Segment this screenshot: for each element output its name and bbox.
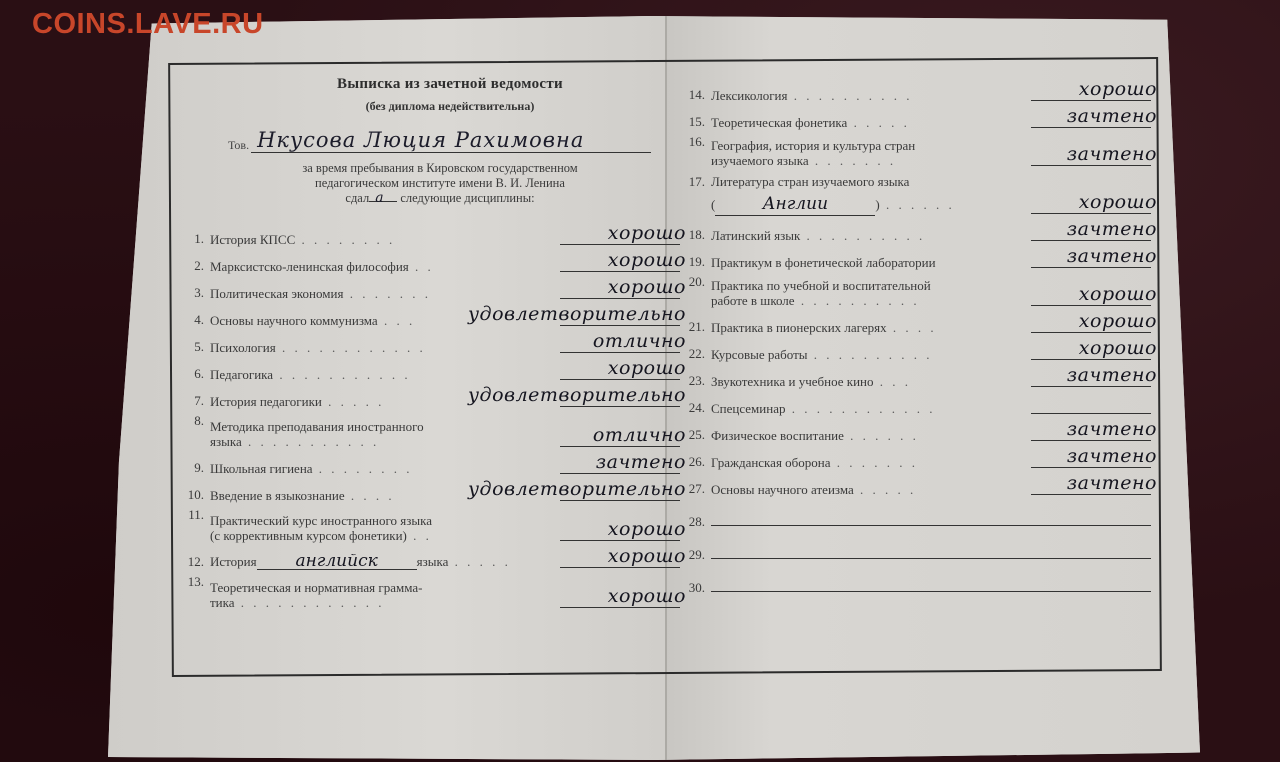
discipline-name: Теоретическая и нормативная грамма- [210, 580, 422, 595]
discipline-row: 7. История педагогики . . . . . удовлетв… [180, 382, 680, 409]
discipline-label: Курсовые работы . . . . . . . . . . [711, 347, 1031, 362]
discipline-number: 4. [180, 312, 210, 328]
leader-dots: . . . . . . . [831, 455, 919, 470]
discipline-number: 1. [180, 231, 210, 247]
grade-handwritten: зачтено [1067, 245, 1157, 267]
discipline-row: 8. Методика преподавания иностранногоязы… [180, 409, 680, 449]
student-name-handwritten: Нкусова Люция Рахимовна [251, 128, 651, 153]
discipline-name: История КПСС [210, 232, 295, 247]
grade-handwritten: зачтено [1067, 105, 1157, 127]
discipline-name: Лексикология [711, 88, 787, 103]
grade-line: зачтено [1031, 466, 1151, 468]
grade-handwritten: зачтено [1067, 364, 1157, 386]
grade-handwritten: хорошо [608, 276, 686, 298]
discipline-label: Историяанглийскязыка . . . . . [210, 554, 560, 570]
discipline-name: Школьная гигиена [210, 461, 313, 476]
grade-line: хорошо [560, 378, 680, 380]
leader-dots: . . [407, 528, 432, 543]
discipline-number: 5. [180, 339, 210, 355]
discipline-row: 6. Педагогика . . . . . . . . . . . хоро… [180, 355, 680, 382]
grade-handwritten: удовлетворительно [468, 303, 686, 325]
discipline-row: 14. Лексикология . . . . . . . . . . хор… [681, 76, 1151, 103]
discipline-label: История КПСС . . . . . . . . [210, 232, 560, 247]
discipline-name: Спецсеминар [711, 401, 785, 416]
language-handwritten: английск [257, 554, 417, 570]
grade-line: отлично [560, 445, 680, 447]
discipline-number: 29. [681, 547, 711, 563]
discipline-name-line2: работе в школе [711, 293, 795, 308]
discipline-label: Марксистско-ленинская философия . . [210, 259, 560, 274]
leader-dots: . . [409, 259, 434, 274]
discipline-label: Теоретическая фонетика . . . . . [711, 115, 1031, 130]
intro-line-1: за время пребывания в Кировском государс… [220, 161, 660, 176]
discipline-row: 12. Историяанглийскязыка . . . . . хорош… [180, 543, 680, 570]
left-column: Выписка из зачетной ведомости (без дипло… [180, 76, 680, 610]
grade-handwritten: зачтено [1067, 218, 1157, 240]
grade-line: зачтено [1031, 126, 1151, 128]
discipline-name: Психология [210, 340, 276, 355]
discipline-name: Практический курс иностранного языка [210, 513, 432, 528]
leader-dots: . . . . . . . . . . . [273, 367, 411, 382]
grade-line: хорошо [560, 566, 680, 568]
intro-line-2: педагогическом институте имени В. И. Лен… [220, 176, 660, 191]
grade-line: хорошо [1031, 304, 1151, 306]
discipline-number: 15. [681, 114, 711, 130]
grade-handwritten: отлично [593, 424, 686, 446]
discipline-name-line2: тика [210, 595, 235, 610]
discipline-number: 25. [681, 427, 711, 443]
grade-line: хорошо [1031, 331, 1151, 333]
document-subtitle: (без диплома недействительна) [220, 99, 680, 114]
blank-row: 28. [681, 497, 1151, 530]
leader-dots: . . . . . . . . . . . [242, 434, 380, 449]
leader-dots: . . . . . . . . . . . . [235, 595, 385, 610]
discipline-number: 26. [681, 454, 711, 470]
discipline-number: 30. [681, 580, 711, 596]
discipline-name: Практика в пионерских лагерях [711, 320, 887, 335]
discipline-number: 16. [681, 130, 711, 150]
discipline-name: Теоретическая фонетика [711, 115, 847, 130]
discipline-label: Практикум в фонетической лаборатории [711, 255, 1031, 270]
grade-line: зачтено [1031, 239, 1151, 241]
discipline-row: 10. Введение в языкознание . . . . удовл… [180, 476, 680, 503]
grade-line: хорошо [560, 539, 680, 541]
discipline-number: 20. [681, 270, 711, 290]
discipline-row: 5. Психология . . . . . . . . . . . . от… [180, 328, 680, 355]
grade-handwritten: хорошо [608, 518, 686, 540]
discipline-name: Основы научного атеизма [711, 482, 854, 497]
name-prefix: Тов. [228, 138, 249, 153]
discipline-number: 8. [180, 409, 210, 429]
leader-dots: . . . . . [448, 554, 511, 569]
discipline-number: 21. [681, 319, 711, 335]
grade-line: зачтено [1031, 164, 1151, 166]
grade-line: хорошо [560, 243, 680, 245]
intro-tail: следующие дисциплины: [400, 191, 534, 205]
grade-line: хорошо [560, 297, 680, 299]
discipline-label: Практика по учебной и воспитательнойрабо… [711, 278, 1031, 308]
leader-dots: . . . . . [322, 394, 385, 409]
discipline-row: 2. Марксистско-ленинская философия . . х… [180, 247, 680, 274]
discipline-label: Физическое воспитание . . . . . . [711, 428, 1031, 443]
leader-dots: . . . . . . . [809, 153, 897, 168]
discipline-row: 3. Политическая экономия . . . . . . . х… [180, 274, 680, 301]
leader-dots: . . . . [345, 488, 395, 503]
discipline-label: Литература стран изучаемого языка(Англии… [711, 171, 1031, 216]
leader-dots: . . . . . . . . . . [787, 88, 912, 103]
grade-line: хорошо [1031, 358, 1151, 360]
discipline-number: 24. [681, 400, 711, 416]
discipline-row: 18. Латинский язык . . . . . . . . . . з… [681, 216, 1151, 243]
leader-dots: . . . [378, 313, 416, 328]
grade-line [1031, 412, 1151, 414]
grade-line: зачтено [1031, 439, 1151, 441]
grade-handwritten: зачтено [596, 451, 686, 473]
disciplines-left-list: 1. История КПСС . . . . . . . . хорошо 2… [180, 220, 680, 610]
discipline-name: Практикум в фонетической лаборатории [711, 255, 936, 270]
watermark: COINS.LAVE.RU [32, 8, 264, 41]
discipline-number: 3. [180, 285, 210, 301]
discipline-label: Практика в пионерских лагерях . . . . [711, 320, 1031, 335]
leader-dots: . . . . . . . [343, 286, 431, 301]
discipline-name: Основы научного коммунизма [210, 313, 378, 328]
discipline-number: 28. [681, 514, 711, 530]
discipline-row: 16. География, история и культура страни… [681, 130, 1151, 168]
discipline-label: Звукотехника и учебное кино . . . [711, 374, 1031, 389]
leader-dots: . . . . . . . . . . [800, 228, 925, 243]
document-title: Выписка из зачетной ведомости [220, 76, 680, 93]
discipline-number: 17. [681, 168, 711, 190]
grade-handwritten: отлично [593, 330, 686, 352]
grade-handwritten: хорошо [1079, 78, 1157, 100]
discipline-row: 21. Практика в пионерских лагерях . . . … [681, 308, 1151, 335]
discipline-name: Латинский язык [711, 228, 800, 243]
discipline-row: 15. Теоретическая фонетика . . . . . зач… [681, 103, 1151, 130]
intro-sdal: сдал [345, 191, 369, 205]
grade-line: удовлетворительно [560, 324, 680, 326]
grade-line: зачтено [1031, 266, 1151, 268]
grade-line: удовлетворительно [560, 499, 680, 501]
grade-handwritten: хорошо [1079, 283, 1157, 305]
intro-line-3: сдала следующие дисциплины: [220, 191, 660, 206]
discipline-name: Методика преподавания иностранного [210, 419, 424, 434]
grade-line: хорошо [560, 270, 680, 272]
grade-handwritten: хорошо [608, 357, 686, 379]
discipline-row: 22. Курсовые работы . . . . . . . . . . … [681, 335, 1151, 362]
discipline-number: 13. [180, 570, 210, 590]
leader-dots: . . . . . . . . . . [795, 293, 920, 308]
grade-handwritten: хорошо [608, 545, 686, 567]
discipline-label: Лексикология . . . . . . . . . . [711, 88, 1031, 103]
leader-dots: . . . . . . . . . . . . [276, 340, 426, 355]
discipline-number: 11. [180, 503, 210, 523]
discipline-row: 24. Спецсеминар . . . . . . . . . . . . [681, 389, 1151, 416]
leader-dots: . . . . . . . . [295, 232, 395, 247]
grade-handwritten: зачтено [1067, 143, 1157, 165]
leader-dots: . . . . . . . . . . [807, 347, 932, 362]
discipline-number: 6. [180, 366, 210, 382]
grade-handwritten: удовлетворительно [468, 384, 686, 406]
grade-handwritten: зачтено [1067, 472, 1157, 494]
grade-handwritten: хорошо [608, 222, 686, 244]
discipline-number: 22. [681, 346, 711, 362]
discipline-name: Введение в языкознание [210, 488, 345, 503]
discipline-number: 27. [681, 481, 711, 497]
discipline-number: 2. [180, 258, 210, 274]
right-column: 14. Лексикология . . . . . . . . . . хор… [681, 76, 1151, 596]
discipline-name: География, история и культура стран [711, 138, 915, 153]
discipline-name: Курсовые работы [711, 347, 807, 362]
grade-handwritten: хорошо [1079, 310, 1157, 332]
grade-line: хорошо [1031, 99, 1151, 101]
sdal-blank: а [369, 201, 397, 202]
discipline-label: Основы научного атеизма . . . . . [711, 482, 1031, 497]
discipline-label: Гражданская оборона . . . . . . . [711, 455, 1031, 470]
grade-line: хорошо [1031, 212, 1151, 214]
blank-line [711, 590, 1151, 592]
discipline-row: 11. Практический курс иностранного языка… [180, 503, 680, 543]
discipline-number: 7. [180, 393, 210, 409]
discipline-label: Политическая экономия . . . . . . . [210, 286, 560, 301]
discipline-label: Спецсеминар . . . . . . . . . . . . [711, 401, 1031, 416]
grade-line: хорошо [560, 606, 680, 608]
discipline-label: География, история и культура странизуча… [711, 138, 1031, 168]
discipline-name: Политическая экономия [210, 286, 343, 301]
blank-line [711, 524, 1151, 526]
discipline-number: 23. [681, 373, 711, 389]
discipline-number: 19. [681, 254, 711, 270]
leader-dots: . . . [874, 374, 912, 389]
discipline-label: Теоретическая и нормативная грамма-тика … [210, 580, 560, 610]
leader-dots: . . . . . . . . . . . . [785, 401, 935, 416]
leader-dots: . . . . . [847, 115, 910, 130]
discipline-name: Марксистско-ленинская философия [210, 259, 409, 274]
discipline-name-prefix: История [210, 554, 257, 569]
discipline-row: 9. Школьная гигиена . . . . . . . . зачт… [180, 449, 680, 476]
discipline-row: 4. Основы научного коммунизма . . . удов… [180, 301, 680, 328]
leader-dots: . . . . . . . . [313, 461, 413, 476]
discipline-name: Литература стран изучаемого языка [711, 174, 909, 189]
grade-line: зачтено [1031, 385, 1151, 387]
discipline-row: 20. Практика по учебной и воспитательной… [681, 270, 1151, 308]
discipline-name: Педагогика [210, 367, 273, 382]
grade-line: зачтено [1031, 493, 1151, 495]
grade-handwritten: хорошо [608, 585, 686, 607]
discipline-name: Звукотехника и учебное кино [711, 374, 874, 389]
grade-handwritten: хорошо [608, 249, 686, 271]
grade-line: зачтено [560, 472, 680, 474]
discipline-row: 23. Звукотехника и учебное кино . . . за… [681, 362, 1151, 389]
discipline-row: 17. Литература стран изучаемого языка(Ан… [681, 168, 1151, 216]
leader-dots: . . . . . [854, 482, 917, 497]
discipline-row: 26. Гражданская оборона . . . . . . . за… [681, 443, 1151, 470]
discipline-name: Гражданская оборона [711, 455, 831, 470]
grade-line: отлично [560, 351, 680, 353]
discipline-label: Педагогика . . . . . . . . . . . [210, 367, 560, 382]
country-handwritten: Англии [715, 193, 875, 216]
discipline-label: Психология . . . . . . . . . . . . [210, 340, 560, 355]
grade-handwritten: хорошо [1079, 191, 1157, 213]
discipline-label: Практический курс иностранного языка(с к… [210, 513, 560, 543]
discipline-name: История педагогики [210, 394, 322, 409]
grade-handwritten: зачтено [1067, 445, 1157, 467]
blank-row: 29. [681, 530, 1151, 563]
discipline-row: 25. Физическое воспитание . . . . . . за… [681, 416, 1151, 443]
leader-dots: . . . . . . [880, 197, 955, 212]
document-paper: Выписка из зачетной ведомости (без дипло… [108, 16, 1200, 760]
discipline-number: 10. [180, 487, 210, 503]
leader-dots: . . . . [887, 320, 937, 335]
discipline-label: Школьная гигиена . . . . . . . . [210, 461, 560, 476]
discipline-number: 9. [180, 460, 210, 476]
discipline-row: 27. Основы научного атеизма . . . . . за… [681, 470, 1151, 497]
discipline-row: 1. История КПСС . . . . . . . . хорошо [180, 220, 680, 247]
discipline-name: Практика по учебной и воспитательной [711, 278, 931, 293]
discipline-label: Латинский язык . . . . . . . . . . [711, 228, 1031, 243]
grade-line: удовлетворительно [560, 405, 680, 407]
blank-row: 30. [681, 563, 1151, 596]
student-name-row: Тов. Нкусова Люция Рахимовна [228, 128, 680, 153]
discipline-name-suffix: языка [417, 554, 449, 569]
discipline-row: 13. Теоретическая и нормативная грамма-т… [180, 570, 680, 610]
discipline-name-line2: изучаемого языка [711, 153, 809, 168]
grade-handwritten: удовлетворительно [468, 478, 686, 500]
discipline-row: 19. Практикум в фонетической лаборатории… [681, 243, 1151, 270]
sdal-handwritten: а [375, 191, 383, 206]
discipline-number: 14. [681, 87, 711, 103]
discipline-name: Физическое воспитание [711, 428, 844, 443]
discipline-name-line2: языка [210, 434, 242, 449]
leader-dots: . . . . . . [844, 428, 919, 443]
discipline-name-line2: (с коррективным курсом фонетики) [210, 528, 407, 543]
grade-handwritten: зачтено [1067, 418, 1157, 440]
blank-line [711, 557, 1151, 559]
discipline-number: 18. [681, 227, 711, 243]
discipline-label: Методика преподавания иностранногоязыка … [210, 419, 560, 449]
grade-handwritten: хорошо [1079, 337, 1157, 359]
intro-text: за время пребывания в Кировском государс… [220, 161, 660, 206]
discipline-number: 12. [180, 554, 210, 570]
